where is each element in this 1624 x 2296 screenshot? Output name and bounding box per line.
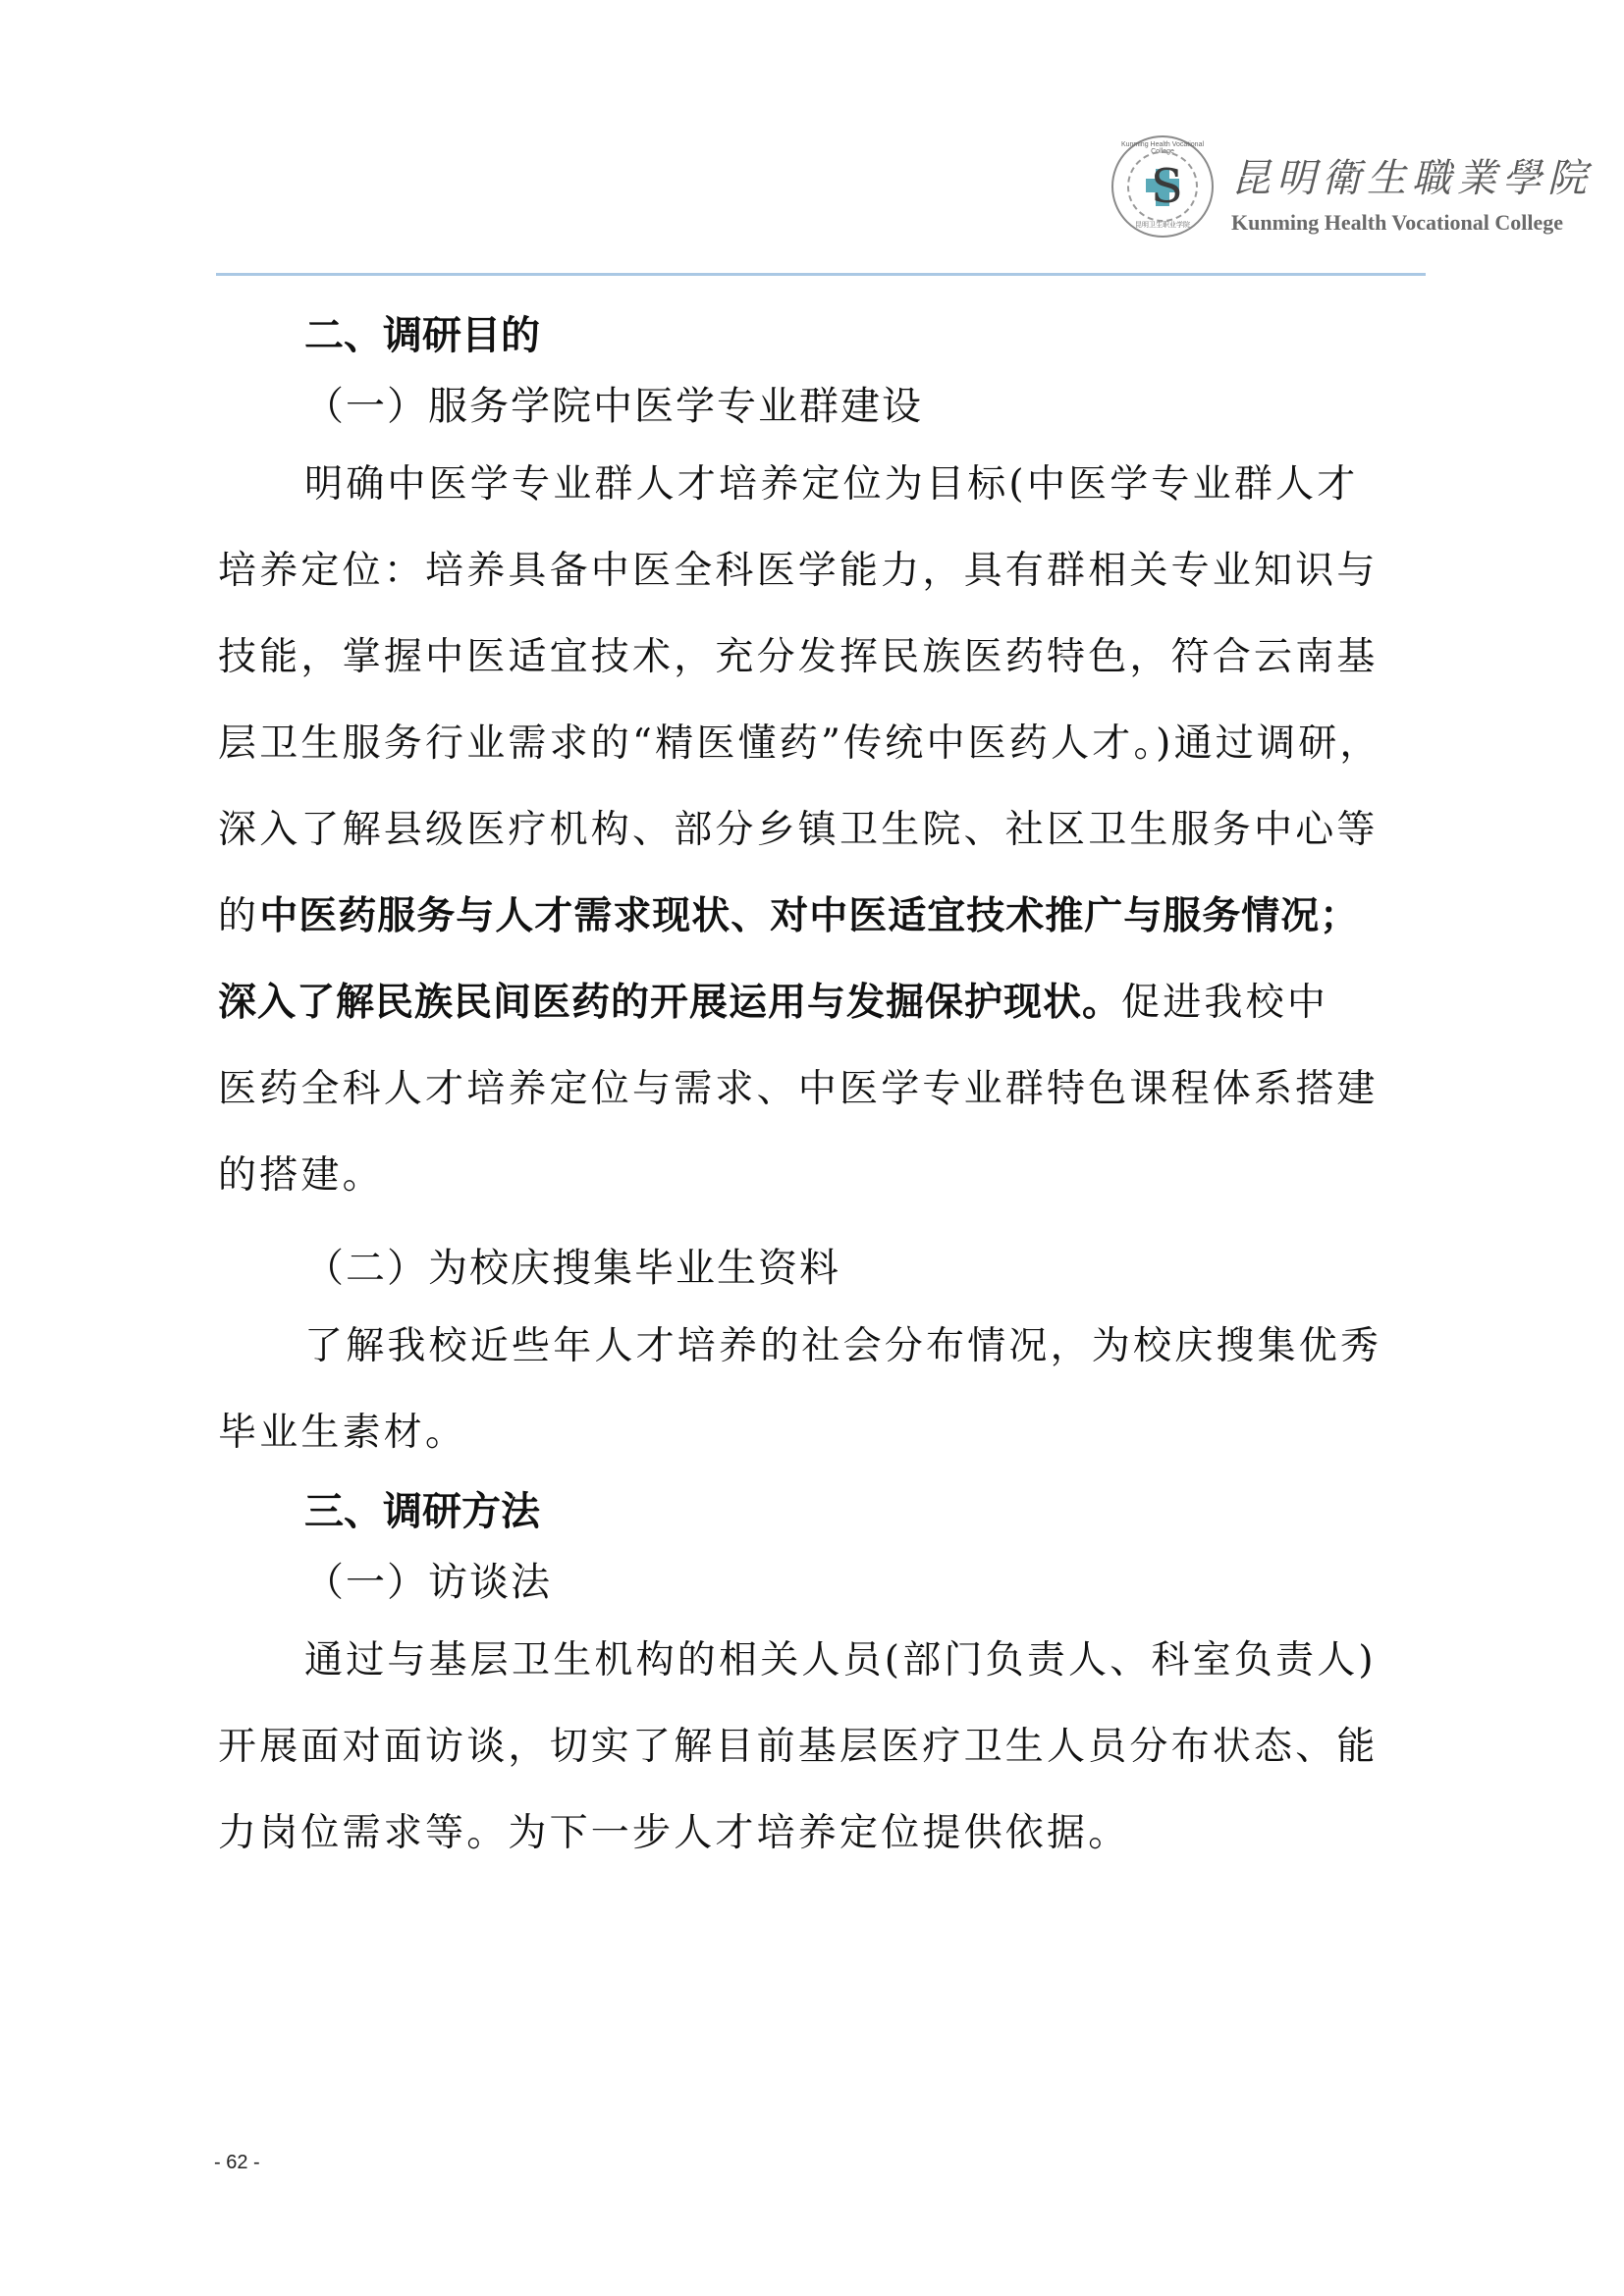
paragraph-line: 通过与基层卫生机构的相关人员(部门负责人、科室负责人): [218, 1618, 1426, 1704]
section-heading-purpose: 二、调研目的: [218, 300, 1426, 371]
page-number: - 62 -: [214, 2152, 260, 2174]
paragraph-line: 的搭建。: [218, 1133, 1426, 1219]
document-body: 二、调研目的 （一）服务学院中医学专业群建设 明确中医学专业群人才培养定位为目标…: [218, 300, 1426, 1877]
paragraph-line: 开展面对面访谈，切实了解目前基层医疗卫生人员分布状态、能: [218, 1704, 1426, 1790]
text-span: 的: [218, 894, 259, 938]
college-name-english: Kunming Health Vocational College: [1231, 210, 1563, 236]
paragraph-line: 力岗位需求等。为下一步人才培养定位提供依据。: [218, 1790, 1426, 1877]
paragraph-line: 医药全科人才培养定位与需求、中医学专业群特色课程体系搭建: [218, 1046, 1426, 1133]
paragraph-line: 层卫生服务行业需求的“精医懂药”传统中医药人才。)通过调研，: [218, 701, 1426, 787]
page-header: Kunming Health Vocational College S 昆明卫生…: [1111, 135, 1602, 243]
subsection-heading-specialty-group: （一）服务学院中医学专业群建设: [218, 371, 1426, 442]
subsection-heading-interview: （一）访谈法: [218, 1547, 1426, 1618]
bold-emphasis: 中医药服务与人才需求现状、对中医适宜技术推广与服务情况；: [259, 894, 1359, 938]
paragraph-line: 培养定位：培养具备中医全科医学能力，具有群相关专业知识与: [218, 528, 1426, 614]
dragon-icon: S: [1151, 161, 1174, 212]
header-divider: [216, 273, 1426, 276]
paragraph-line: 毕业生素材。: [218, 1390, 1426, 1476]
paragraph-line-mixed: 的中医药服务与人才需求现状、对中医适宜技术推广与服务情况；: [218, 874, 1426, 960]
section-heading-methods: 三、调研方法: [218, 1476, 1426, 1547]
paragraph-line: 了解我校近些年人才培养的社会分布情况，为校庆搜集优秀: [218, 1304, 1426, 1390]
paragraph-line-mixed: 深入了解民族民间医药的开展运用与发掘保护现状。促进我校中: [218, 960, 1426, 1046]
college-seal-logo: Kunming Health Vocational College S 昆明卫生…: [1111, 135, 1214, 238]
subsection-heading-anniversary: （二）为校庆搜集毕业生资料: [218, 1233, 1426, 1304]
seal-bottom-text: 昆明卫生职业学院: [1113, 220, 1212, 230]
bold-emphasis: 深入了解民族民间医药的开展运用与发掘保护现状。: [218, 981, 1121, 1025]
paragraph-line: 技能，掌握中医适宜技术，充分发挥民族医药特色，符合云南基: [218, 614, 1426, 701]
text-span: 促进我校中: [1121, 981, 1328, 1025]
paragraph-line: 明确中医学专业群人才培养定位为目标(中医学专业群人才: [218, 442, 1426, 528]
paragraph-line: 深入了解县级医疗机构、部分乡镇卫生院、社区卫生服务中心等: [218, 787, 1426, 874]
college-name-chinese: 昆明衛生職業學院: [1231, 147, 1593, 203]
